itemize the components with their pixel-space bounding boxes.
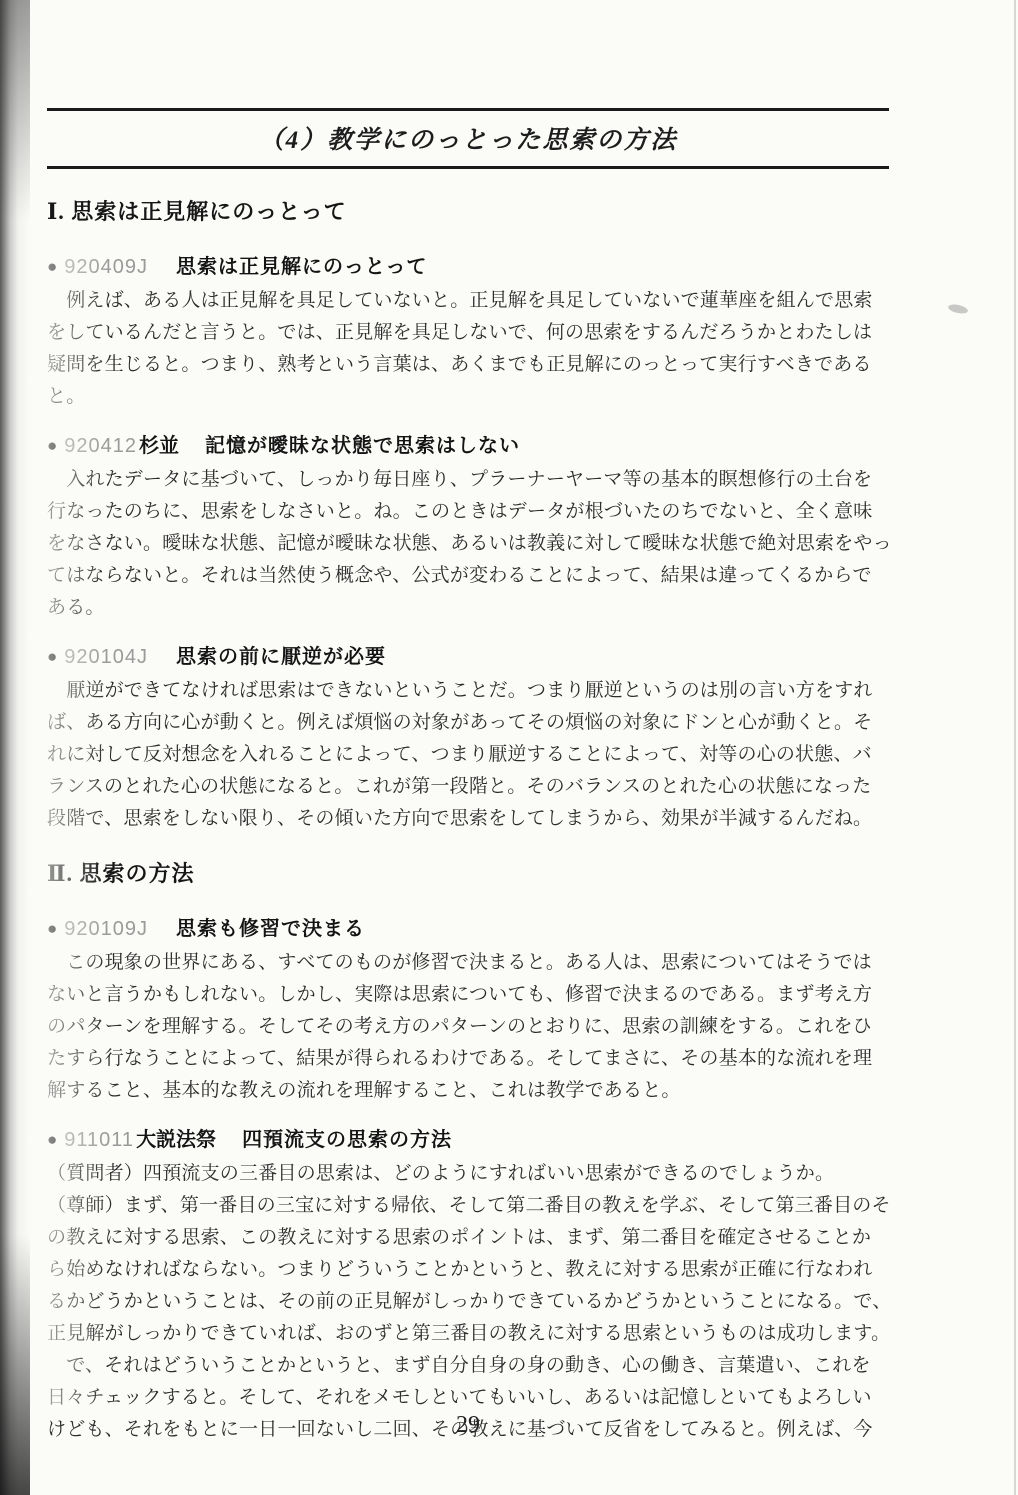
page-edge-line: [1014, 0, 1016, 1495]
text-line: と。: [47, 381, 889, 413]
entry-body: この現象の世界にある、すべてのものが修習で決まると。ある人は、思索についてはそう…: [47, 947, 889, 1107]
page-content: （4）教学にのっとった思索の方法 Ⅰ. 思索は正見解にのっとって ● 92040…: [47, 0, 889, 1446]
bullet-icon: ●: [47, 257, 57, 277]
text-line: れに対して反対想念を入れることによって、つまり厭逆することによって、対等の心の状…: [47, 739, 889, 771]
entry-id: 920412: [64, 435, 137, 458]
entry-id: 920409J: [64, 256, 148, 279]
entry-head: ● 920104J 思索の前に厭逆が必要: [47, 640, 889, 669]
entry-head: ● 911011 大説法祭 四預流支の思索の方法: [47, 1123, 889, 1152]
entry-title: 思索も修習で決まる: [176, 912, 365, 941]
entry-head: ● 920409J 思索は正見解にのっとって: [47, 250, 889, 279]
text-line: たすら行なうことによって、結果が得られるわけである。そしてまさに、その基本的な流…: [47, 1043, 889, 1075]
text-line: 例えば、ある人は正見解を具足していないと。正見解を具足していないで蓮華座を組んで…: [47, 285, 889, 317]
entry-911011-daiseppousai: ● 911011 大説法祭 四預流支の思索の方法 （質問者）四預流支の三番目の思…: [47, 1123, 889, 1446]
entry-title: 思索の前に厭逆が必要: [176, 640, 386, 669]
entry-title: 四預流支の思索の方法: [242, 1123, 452, 1152]
section-heading: Ⅱ. 思索の方法: [47, 857, 889, 888]
text-line: 正見解がしっかりできていれば、おのずと第三番目の教えに対する思索というものは成功…: [47, 1318, 889, 1350]
text-line: けども、それをもとに一日一回ないし二回、その教えに基づいて反省をしてみると。例え…: [47, 1414, 889, 1446]
text-line: 解すること、基本的な教えの流れを理解すること、これは教学であると。: [47, 1075, 889, 1107]
entry-head: ● 920412 杉並 記憶が曖昧な状態で思索はしない: [47, 429, 889, 458]
entry-id: 920109J: [64, 918, 148, 941]
text-line: ランスのとれた心の状態になると。これが第一段階と。そのバランスのとれた心の状態に…: [47, 771, 889, 803]
scanned-page: （4）教学にのっとった思索の方法 Ⅰ. 思索は正見解にのっとって ● 92040…: [0, 0, 1018, 1495]
entry-body: 例えば、ある人は正見解を具足していないと。正見解を具足していないで蓮華座を組んで…: [47, 285, 889, 413]
entry-body: 厭逆ができてなければ思索はできないということだ。つまり厭逆というのは別の言い方を…: [47, 675, 889, 835]
binding-shadow: [0, 0, 30, 1495]
text-line: をなさない。曖昧な状態、記憶が曖昧な状態、あるいは教義に対して曖昧な状態で絶対思…: [47, 528, 889, 560]
entry-id: 911011: [64, 1129, 134, 1152]
text-line: （尊師）まず、第一番目の三宝に対する帰依、そして第二番目の教えを学ぶ、そして第三…: [47, 1190, 889, 1222]
text-line: 日々チェックすると。そして、それをメモしといてもいいし、あるいは記憶しといてもよ…: [47, 1382, 889, 1414]
text-line: 厭逆ができてなければ思索はできないということだ。つまり厭逆というのは別の言い方を…: [47, 675, 889, 707]
text-line: ないと言うかもしれない。しかし、実際は思索についても、修習で決まるのである。まず…: [47, 979, 889, 1011]
section-1: Ⅰ. 思索は正見解にのっとって ● 920409J 思索は正見解にのっとって 例…: [47, 195, 889, 835]
text-line: 行なったのちに、思索をしなさいと。ね。このときはデータが根づいたのちでないと、全…: [47, 496, 889, 528]
text-line: てはならないと。それは当然使う概念や、公式が変わることによって、結果は違ってくる…: [47, 560, 889, 592]
entry-920409j: ● 920409J 思索は正見解にのっとって 例えば、ある人は正見解を具足してい…: [47, 250, 889, 413]
text-line: 疑問を生じると。つまり、熟考という言葉は、あくまでも正見解にのっとって実行すべき…: [47, 349, 889, 381]
text-line: この現象の世界にある、すべてのものが修習で決まると。ある人は、思索についてはそう…: [47, 947, 889, 979]
title-rule-bottom: [47, 166, 889, 169]
section-2: Ⅱ. 思索の方法 ● 920109J 思索も修習で決まる この現象の世界にある、…: [47, 857, 889, 1446]
text-line: ら始めなければならない。つまりどういうことかというと、教えに対する思索が正確に行…: [47, 1254, 889, 1286]
entry-title: 記憶が曖昧な状態で思索はしない: [205, 429, 520, 458]
text-line: ある。: [47, 592, 889, 624]
text-line: （質問者）四預流支の三番目の思索は、どのようにすればいい思索ができるのでしょうか…: [47, 1158, 889, 1190]
entry-920109j: ● 920109J 思索も修習で決まる この現象の世界にある、すべてのものが修習…: [47, 912, 889, 1107]
bullet-icon: ●: [47, 919, 57, 939]
page-title: （4）教学にのっとった思索の方法: [47, 111, 889, 166]
document-body: Ⅰ. 思索は正見解にのっとって ● 920409J 思索は正見解にのっとって 例…: [47, 195, 889, 1446]
title-block: （4）教学にのっとった思索の方法: [47, 0, 889, 169]
text-line: で、それはどういうことかというと、まず自分自身の身の動き、心の働き、言葉遣い、こ…: [47, 1350, 889, 1382]
text-line: の教えに対する思索、この教えに対する思索のポイントは、まず、第二番目を確定させる…: [47, 1222, 889, 1254]
entry-920104j: ● 920104J 思索の前に厭逆が必要 厭逆ができてなければ思索はできないとい…: [47, 640, 889, 835]
entry-body: 入れたデータに基づいて、しっかり毎日座り、プラーナーヤーマ等の基本的瞑想修行の土…: [47, 464, 889, 624]
text-line: ば、ある方向に心が動くと。例えば煩悩の対象があってその煩悩の対象にドンと心が動く…: [47, 707, 889, 739]
text-line: をしているんだと言うと。では、正見解を具足しないで、何の思索をするんだろうかとわ…: [47, 317, 889, 349]
text-line: るかどうかということは、その前の正見解がしっかりできているかどうかということにな…: [47, 1286, 889, 1318]
entry-id: 920104J: [64, 646, 148, 669]
entry-venue: 大説法祭: [136, 1123, 216, 1152]
bullet-icon: ●: [47, 1130, 57, 1150]
entry-920412-suginami: ● 920412 杉並 記憶が曖昧な状態で思索はしない 入れたデータに基づいて、…: [47, 429, 889, 624]
entry-head: ● 920109J 思索も修習で決まる: [47, 912, 889, 941]
text-line: 入れたデータに基づいて、しっかり毎日座り、プラーナーヤーマ等の基本的瞑想修行の土…: [47, 464, 889, 496]
entry-body: （質問者）四預流支の三番目の思索は、どのようにすればいい思索ができるのでしょうか…: [47, 1158, 889, 1446]
bullet-icon: ●: [47, 647, 57, 667]
text-line: 段階で、思索をしない限り、その傾いた方向で思索をしてしまうから、効果が半減するん…: [47, 803, 889, 835]
scan-smudge: [947, 303, 968, 315]
entry-venue: 杉並: [139, 429, 179, 458]
bullet-icon: ●: [47, 436, 57, 456]
section-heading: Ⅰ. 思索は正見解にのっとって: [47, 195, 889, 226]
entry-title: 思索は正見解にのっとって: [176, 250, 427, 279]
text-line: のパターンを理解する。そしてその考え方のパターンのとおりに、思索の訓練をする。こ…: [47, 1011, 889, 1043]
